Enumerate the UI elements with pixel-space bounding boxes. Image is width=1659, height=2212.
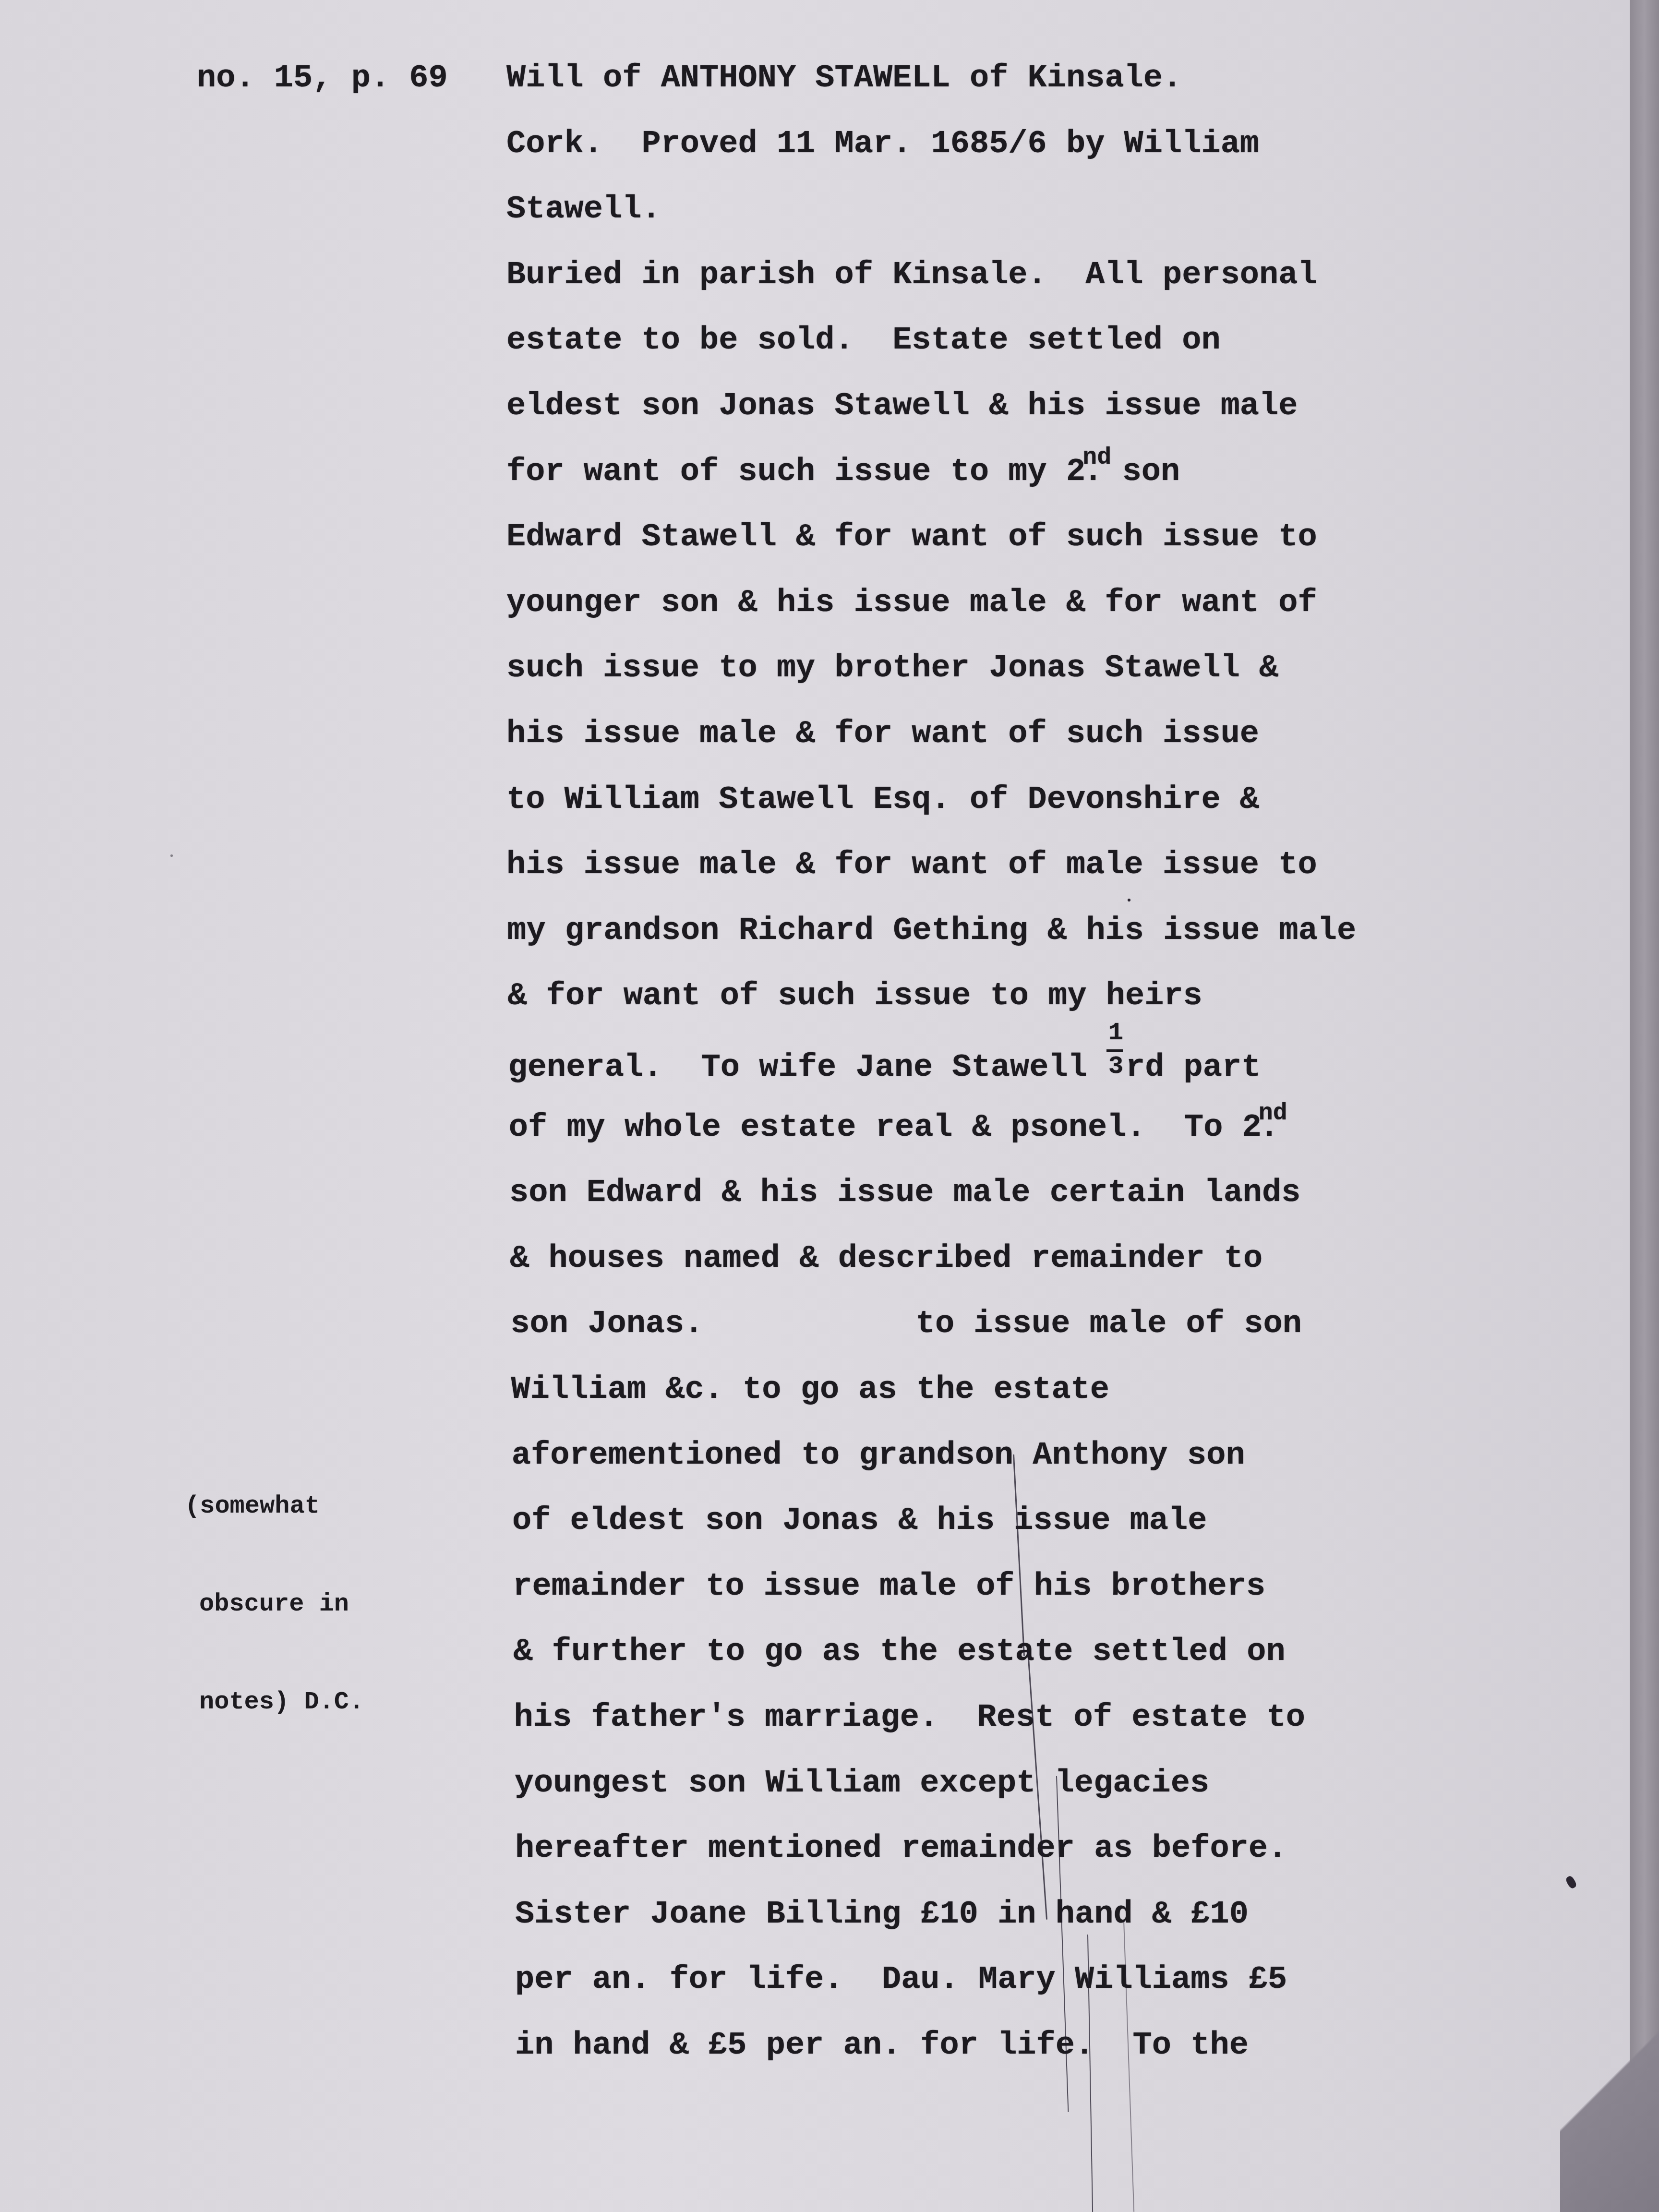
text-line: son Edward & his issue male certain land… xyxy=(509,1175,1300,1211)
text-line: aforementioned to grandson Anthony son xyxy=(512,1437,1245,1474)
text-line: general. To wife Jane Stawell 13rd part xyxy=(508,1044,1261,1086)
line-text: in hand & £5 per an. for life. To the xyxy=(515,2027,1249,2064)
stacked-page-corner xyxy=(1560,1978,1659,2212)
text-line: younger son & his issue male & for want … xyxy=(506,585,1317,621)
margin-note-line: obscure in xyxy=(185,1588,364,1621)
line-text: hereafter mentioned remainder as before. xyxy=(515,1830,1287,1867)
text-line: for want of such issue to my 2nd. son xyxy=(506,454,1180,490)
paper-speck xyxy=(170,854,173,857)
line-text: aforementioned to grandson Anthony son xyxy=(512,1437,1245,1474)
line-text: per an. for life. Dau. Mary Williams £5 xyxy=(515,1961,1287,1998)
margin-note: (somewhat obscure in notes) D.C. xyxy=(185,1425,364,1751)
line-text: such issue to my brother Jonas Stawell & xyxy=(506,650,1278,686)
text-line: Stawell. xyxy=(506,191,661,228)
text-line: Sister Joane Billing £10 in hand & £10 xyxy=(515,1896,1249,1933)
line-text: Will of ANTHONY STAWELL of Kinsale. xyxy=(506,60,1182,96)
margin-note-line: notes) D.C. xyxy=(185,1686,364,1719)
paper-speck xyxy=(1128,899,1130,902)
text-line: son Jonas. to issue male of son xyxy=(510,1306,1301,1342)
line-text: son Edward & his issue male certain land… xyxy=(509,1175,1300,1211)
line-text: eldest son Jonas Stawell & his issue mal… xyxy=(506,388,1298,424)
text-line: youngest son William except legacies xyxy=(515,1765,1209,1802)
line-text: for want of such issue to my 2 xyxy=(506,454,1085,490)
line-text: Buried in parish of Kinsale. All persona… xyxy=(506,257,1317,293)
text-line: & for want of such issue to my heirs xyxy=(507,978,1202,1014)
text-line: of eldest son Jonas & his issue male xyxy=(512,1503,1207,1539)
text-line: & further to go as the estate settled on xyxy=(513,1634,1285,1670)
text-line: in hand & £5 per an. for life. To the xyxy=(515,2027,1249,2064)
text-line: William &c. to go as the estate xyxy=(511,1371,1109,1408)
text-line: per an. for life. Dau. Mary Williams £5 xyxy=(515,1961,1287,1998)
stacked-page-edge xyxy=(1630,0,1659,2212)
text-line: of my whole estate real & psonel. To 2nd… xyxy=(509,1109,1279,1146)
ordinal-superscript: nd xyxy=(1259,1100,1287,1127)
line-text: of my whole estate real & psonel. To 2 xyxy=(509,1109,1262,1146)
text-line: Buried in parish of Kinsale. All persona… xyxy=(506,257,1317,293)
text-line: Cork. Proved 11 Mar. 1685/6 by William xyxy=(506,126,1259,162)
line-text: general. To wife Jane Stawell xyxy=(508,1049,1106,1086)
text-line: eldest son Jonas Stawell & his issue mal… xyxy=(506,388,1298,424)
line-text: & houses named & described remainder to xyxy=(510,1240,1262,1277)
text-line: his issue male & for want of male issue … xyxy=(506,847,1317,883)
line-text: Edward Stawell & for want of such issue … xyxy=(506,519,1317,555)
margin-note-line: (somewhat xyxy=(185,1490,364,1523)
ordinal-superscript: nd xyxy=(1082,444,1111,471)
line-text: his issue male & for want of male issue … xyxy=(506,847,1317,883)
text-line: Will of ANTHONY STAWELL of Kinsale. xyxy=(506,60,1182,96)
text-line: such issue to my brother Jonas Stawell & xyxy=(506,650,1278,686)
line-text: son Jonas. to issue male of son xyxy=(510,1306,1301,1342)
line-text: Stawell. xyxy=(506,191,661,228)
text-line: his issue male & for want of such issue xyxy=(506,716,1259,752)
text-line: hereafter mentioned remainder as before. xyxy=(515,1830,1287,1867)
line-text-after: rd part xyxy=(1126,1049,1261,1086)
line-text: to William Stawell Esq. of Devonshire & xyxy=(506,781,1259,818)
fraction-one-third: 13 xyxy=(1106,1044,1126,1076)
reference-number: no. 15, p. 69 xyxy=(197,60,448,96)
line-text: my grandson Richard Gething & his issue … xyxy=(507,913,1356,949)
text-line: his father's marriage. Rest of estate to xyxy=(514,1699,1305,1736)
text-line: & houses named & described remainder to xyxy=(510,1240,1262,1277)
line-text: his issue male & for want of such issue xyxy=(506,716,1259,752)
line-text: Sister Joane Billing £10 in hand & £10 xyxy=(515,1896,1249,1933)
line-text: William &c. to go as the estate xyxy=(511,1371,1109,1408)
line-text: & further to go as the estate settled on xyxy=(513,1634,1285,1670)
text-line: remainder to issue male of his brothers xyxy=(513,1568,1265,1605)
line-text: Cork. Proved 11 Mar. 1685/6 by William xyxy=(506,126,1259,162)
line-text: youngest son William except legacies xyxy=(515,1765,1209,1802)
line-text: younger son & his issue male & for want … xyxy=(506,585,1317,621)
line-text: & for want of such issue to my heirs xyxy=(507,978,1202,1014)
text-line: my grandson Richard Gething & his issue … xyxy=(507,913,1356,949)
line-text: his father's marriage. Rest of estate to xyxy=(514,1699,1305,1736)
line-text: estate to be sold. Estate settled on xyxy=(506,322,1221,359)
text-line: Edward Stawell & for want of such issue … xyxy=(506,519,1317,555)
line-text: remainder to issue male of his brothers xyxy=(513,1568,1265,1605)
text-line: estate to be sold. Estate settled on xyxy=(506,322,1221,359)
text-line: to William Stawell Esq. of Devonshire & xyxy=(506,781,1259,818)
line-text: of eldest son Jonas & his issue male xyxy=(512,1503,1207,1539)
